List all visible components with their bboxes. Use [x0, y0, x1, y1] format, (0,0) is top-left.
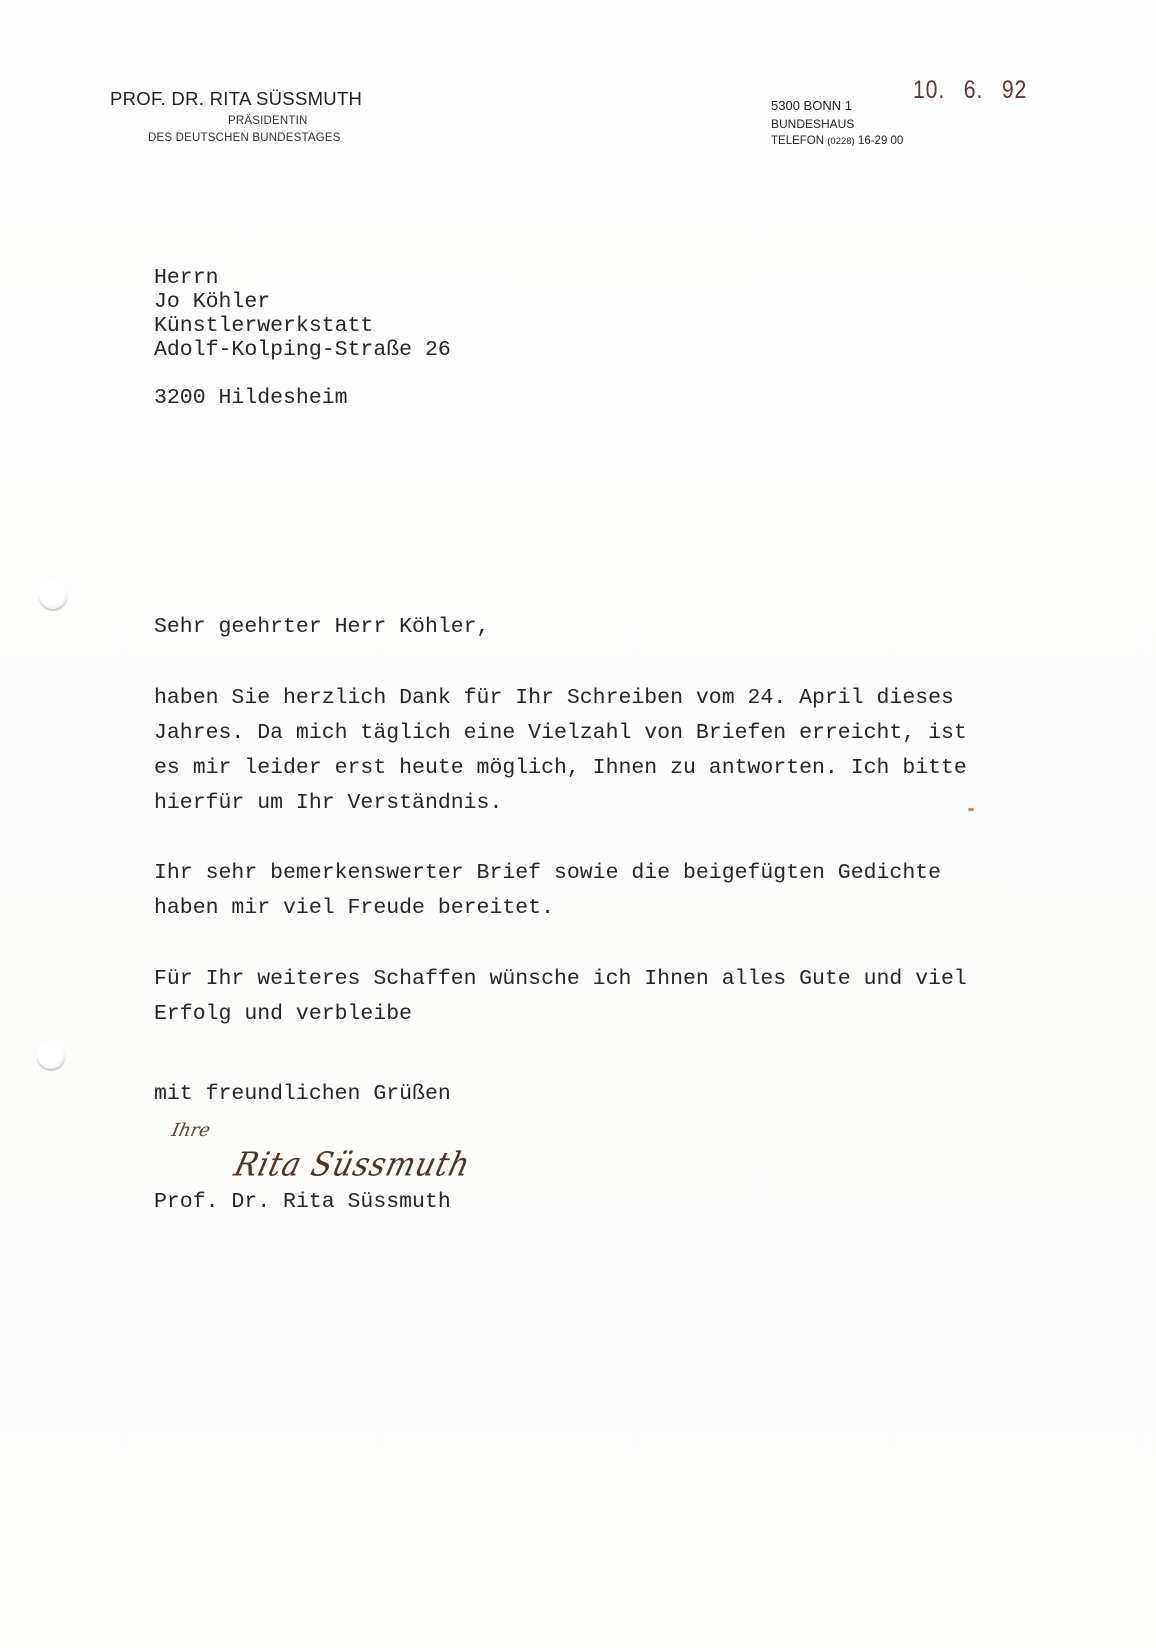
punch-hole — [37, 1041, 65, 1069]
letter-salutation: Sehr geehrter Herr Köhler, — [154, 615, 489, 639]
punch-hole — [39, 581, 67, 609]
recipient-name: Jo Köhler — [154, 290, 270, 314]
paragraph-line: haben mir viel Freude bereitet. — [154, 891, 554, 926]
letterhead-city: 5300 BONN 1 — [771, 98, 852, 113]
ink-speck — [968, 808, 974, 811]
letterhead-organization: DES DEUTSCHEN BUNDESTAGES — [148, 132, 341, 144]
paragraph-line: Ihr sehr bemerkenswerter Brief sowie die… — [154, 856, 941, 891]
letterhead-role: PRÄSIDENTIN — [228, 115, 308, 127]
handwritten-prefix: Ihre — [170, 1120, 212, 1141]
letter-page: PROF. DR. RITA SÜSSMUTH PRÄSIDENTIN DES … — [0, 0, 1156, 1648]
recipient-organization: Künstlerwerkstatt — [154, 314, 373, 338]
recipient-street: Adolf-Kolping-Straße 26 — [154, 338, 451, 362]
letterhead-name: PROF. DR. RITA SÜSSMUTH — [110, 88, 410, 110]
phone-area-code: (0228) — [827, 136, 854, 147]
paragraph-line: es mir leider erst heute möglich, Ihnen … — [154, 751, 967, 786]
letterhead-building: BUNDESHAUS — [771, 117, 854, 131]
date-stamp: 10. 6. 92 — [913, 76, 1027, 105]
recipient-city: 3200 Hildesheim — [154, 386, 348, 410]
paragraph-line: Erfolg und verbleibe — [154, 997, 412, 1032]
paragraph-line: hierfür um Ihr Verständnis. — [154, 786, 502, 821]
letter-closing: mit freundlichen Grüßen — [154, 1082, 451, 1106]
handwritten-signature: Rita Süssmuth — [230, 1146, 474, 1185]
paragraph-line: haben Sie herzlich Dank für Ihr Schreibe… — [154, 681, 954, 716]
paragraph-line: Jahres. Da mich täglich eine Vielzahl vo… — [154, 716, 967, 751]
signatory-name: Prof. Dr. Rita Süssmuth — [154, 1190, 451, 1214]
paragraph-line: Für Ihr weiteres Schaffen wünsche ich Ih… — [154, 962, 967, 997]
phone-label: TELEFON — [771, 135, 824, 147]
phone-number: 16-29 00 — [858, 135, 903, 147]
recipient-salutation-line: Herrn — [154, 266, 219, 290]
letterhead-phone: TELEFON (0228) 16-29 00 — [771, 135, 903, 147]
